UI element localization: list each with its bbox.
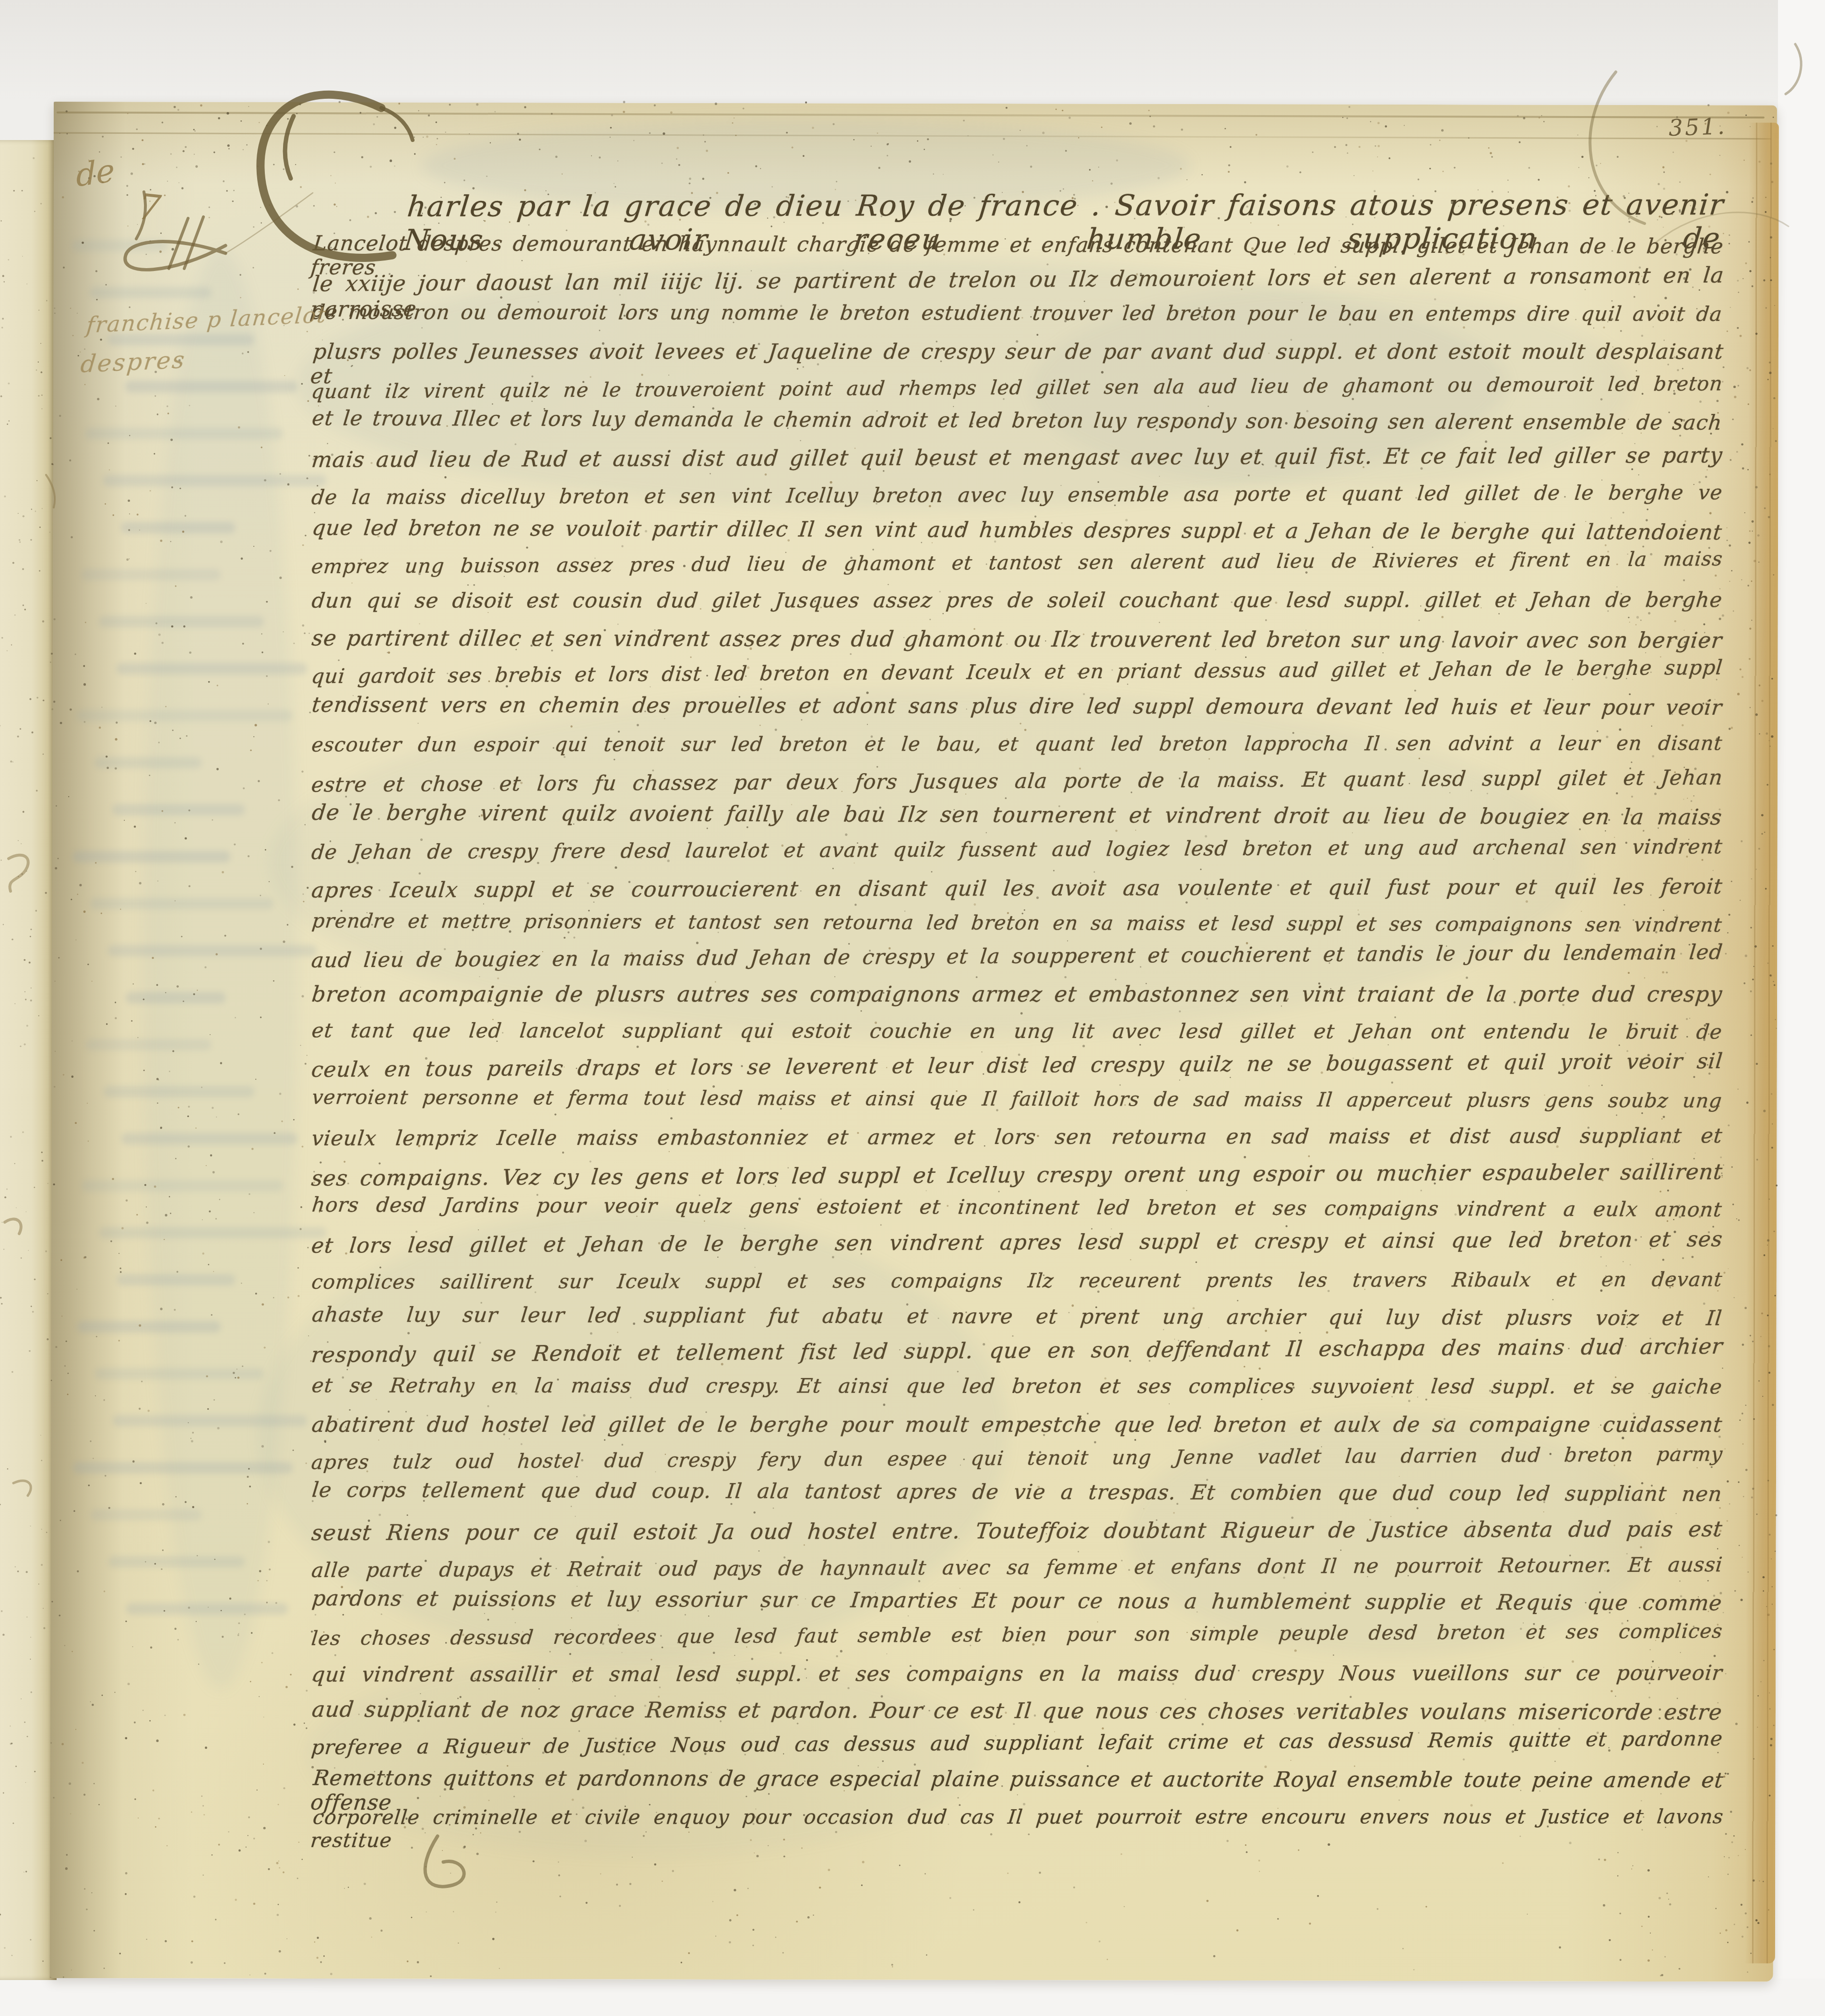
show-through-stripe bbox=[77, 710, 293, 721]
manuscript-line: et tant que led lancelot suppliant qui e… bbox=[311, 1019, 1724, 1044]
manuscript-line: abatirent dud hostel led gillet de le be… bbox=[310, 1412, 1723, 1437]
manuscript-line: dun qui se disoit est cousin dud gilet J… bbox=[310, 588, 1723, 613]
show-through-stripe bbox=[99, 616, 264, 627]
manuscript-line: verroient personne et ferma tout lesd ma… bbox=[311, 1085, 1723, 1112]
scan-backdrop-right bbox=[1778, 0, 1825, 2016]
manuscript-line: corporelle criminelle et civile enquoy p… bbox=[309, 1805, 1725, 1852]
show-through-stripe bbox=[91, 1509, 201, 1521]
show-through-stripe bbox=[99, 1227, 326, 1238]
manuscript-line: mais aud lieu de Rud et aussi dist aud g… bbox=[310, 442, 1724, 472]
show-through-stripe bbox=[108, 1556, 245, 1568]
show-through-stripe bbox=[90, 287, 211, 298]
show-through-stripe bbox=[81, 569, 221, 580]
show-through-stripe bbox=[126, 992, 225, 1003]
manuscript-line: breton acompaignie de plusrs autres ses … bbox=[310, 981, 1724, 1007]
show-through-stripe bbox=[125, 381, 297, 392]
manuscript-line: et le trouva Illec et lors luy demanda l… bbox=[311, 406, 1723, 435]
manuscript-line: se partirent dillec et sen vindrent asse… bbox=[310, 625, 1723, 653]
show-through-stripe bbox=[90, 898, 273, 909]
previous-folio-edge bbox=[0, 140, 57, 1980]
manuscript-line: prendre et mettre prisonniers et tantost… bbox=[311, 909, 1723, 937]
manuscript-scan: harles par la grace de dieu Roy de franc… bbox=[0, 0, 1825, 2016]
margin-note-line: despres bbox=[79, 346, 187, 378]
show-through-stripe bbox=[86, 1039, 211, 1050]
margin-mark-figure: 7 bbox=[136, 186, 163, 229]
manuscript-line: hors desd Jardins pour veoir quelz gens … bbox=[311, 1193, 1723, 1221]
show-through-stripe bbox=[121, 522, 235, 533]
manuscript-line: que led breton ne se vouloit partir dill… bbox=[311, 516, 1723, 545]
manuscript-line: vieulx lempriz Icelle maiss embastonniez… bbox=[310, 1124, 1724, 1151]
show-through-stripe bbox=[121, 1133, 297, 1144]
show-through-stripe bbox=[72, 240, 168, 251]
show-through-stripe bbox=[103, 475, 326, 486]
manuscript-line: apres Iceulx suppl et se courroucierent … bbox=[310, 874, 1724, 903]
manuscript-line: aud suppliant de noz grace Remiss et par… bbox=[310, 1697, 1723, 1725]
manuscript-line: de moustron ou demouroit lors ung nomme … bbox=[311, 300, 1724, 326]
manuscript-line: le corps tellement que dud coup. Il ala … bbox=[311, 1478, 1723, 1507]
show-through-stripe bbox=[95, 1368, 264, 1379]
manuscript-line: ahaste luy sur leur led suppliant fut ab… bbox=[311, 1303, 1724, 1331]
show-through-stripe bbox=[72, 851, 230, 862]
show-through-stripe bbox=[85, 428, 283, 439]
scan-backdrop-bottom bbox=[0, 1979, 1825, 2016]
show-through-stripe bbox=[113, 1415, 307, 1427]
show-through-stripe bbox=[73, 1462, 293, 1474]
manuscript-line: tendissent vers en chemin des prouelles … bbox=[311, 693, 1724, 720]
show-through-stripe bbox=[117, 1274, 235, 1285]
show-through-stripe bbox=[112, 804, 245, 815]
margin-mark-de: de bbox=[75, 152, 115, 194]
manuscript-line: complices saillirent sur Iceulx suppl et… bbox=[310, 1268, 1724, 1294]
manuscript-line: de le berghe virent quilz avoient failly… bbox=[311, 800, 1724, 830]
show-through-stripe bbox=[126, 1603, 288, 1615]
manuscript-line: seust Riens pour ce quil estoit Ja oud h… bbox=[310, 1516, 1724, 1545]
show-through-stripe bbox=[77, 1321, 221, 1332]
folio-number: 351. bbox=[1668, 113, 1727, 141]
manuscript-line: et se Retrahy en la maiss dud crespy. Et… bbox=[311, 1373, 1724, 1398]
manuscript-line: pardons et puissions et luy essoriur sur… bbox=[311, 1586, 1723, 1615]
show-through-stripe bbox=[104, 1086, 254, 1097]
manuscript-line: escouter dun espoir qui tenoit sur led b… bbox=[310, 731, 1723, 756]
page-top-edge-line bbox=[57, 111, 1765, 118]
show-through-stripe bbox=[95, 757, 201, 768]
stacked-leaf-edges bbox=[1745, 122, 1779, 1963]
show-through-stripe bbox=[117, 663, 307, 674]
show-through-stripe bbox=[82, 1180, 283, 1191]
manuscript-line: qui vindrent assaillir et smal lesd supp… bbox=[310, 1661, 1724, 1686]
show-through-stripe bbox=[108, 945, 317, 956]
